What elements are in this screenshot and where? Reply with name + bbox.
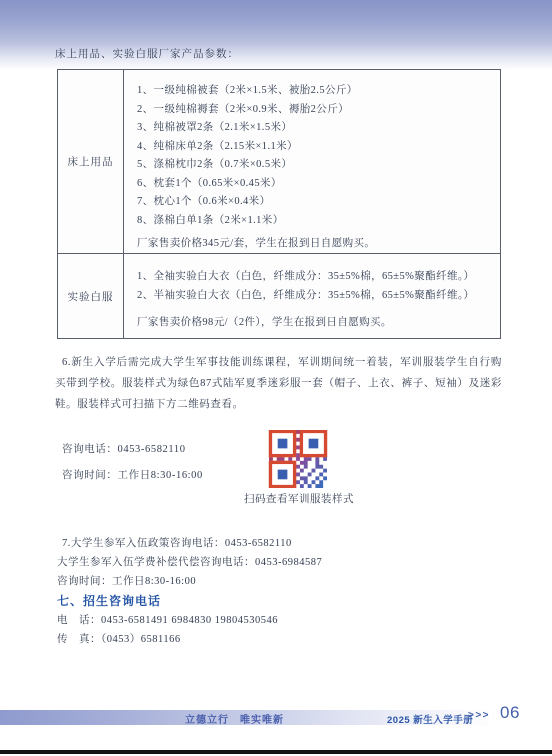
qr-finder-top-right — [301, 431, 325, 455]
table-caption: 床上用品、实验白服厂家产品参数： — [55, 46, 239, 61]
table-row-bedding: 床上用品 1、一级纯棉被套（2米×1.5米、被胎2.5公斤） 2、一级纯棉褥套（… — [58, 70, 500, 254]
product-item: 2、一级纯棉褥套（2米×0.9米、褥胎2公斤） — [137, 101, 494, 120]
product-item: 8、涤棉白单1条（2米×1.1米） — [137, 212, 494, 231]
products-table: 床上用品 1、一级纯棉被套（2米×1.5米、被胎2.5公斤） 2、一级纯棉褥套（… — [57, 69, 501, 339]
enlistment-time-line: 咨询时间：工作日8:30-16:00 — [57, 572, 322, 591]
product-item: 2、半袖实验白大衣（白色，纤维成分：35±5%棉，65±5%聚酯纤维。） — [137, 286, 494, 305]
military-training-paragraph: 6.新生入学后需完成大学生军事技能训练课程，军训期间统一着装，军训服装学生自行购… — [55, 352, 502, 415]
qr-finder-bottom-left — [270, 462, 294, 486]
consult-phone-line: 咨询电话：0453-6582110 — [62, 440, 203, 460]
table-row-labcoat: 实验白服 1、全袖实验白大衣（白色，纤维成分：35±5%棉，65±5%聚酯纤维。… — [58, 254, 500, 338]
product-item: 1、一级纯棉被套（2米×1.5米、被胎2.5公斤） — [137, 82, 494, 101]
footer-motto: 立德立行 唯实唯新 — [185, 711, 284, 726]
qr-code — [267, 430, 329, 488]
price-note-bedding: 厂家售卖价格345元/套，学生在报到日自愿购买。 — [137, 235, 494, 254]
page-number: 06 — [500, 703, 520, 723]
admission-phone-line: 电 话：0453-6581491 6984830 19804530546 — [57, 612, 278, 627]
consult-time-line: 咨询时间：工作日8:30-16:00 — [62, 466, 203, 486]
product-item: 3、纯棉被罩2条（2.1米×1.5米） — [137, 119, 494, 138]
qr-code-graphic — [267, 430, 329, 488]
labcoat-items: 1、全袖实验白大衣（白色，纤维成分：35±5%棉，65±5%聚酯纤维。） 2、半… — [124, 254, 500, 338]
price-note-labcoat: 厂家售卖价格98元/（2件），学生在报到日自愿购买。 — [137, 313, 494, 332]
enlistment-tuition-line: 大学生参军入伍学费补偿代偿咨询电话：0453-6984587 — [57, 553, 322, 572]
row-label-bedding: 床上用品 — [58, 70, 124, 253]
qr-caption: 扫码查看军训服装样式 — [238, 491, 360, 506]
qr-finder-top-left — [270, 431, 294, 455]
scan-edge-strip — [0, 750, 552, 754]
product-item: 7、枕心1个（0.6米×0.4米） — [137, 193, 494, 212]
row-label-labcoat: 实验白服 — [58, 254, 124, 338]
footer-handbook-title: 2025 新生入学手册 — [387, 712, 473, 726]
footer-arrows-icon: >>> — [468, 710, 490, 721]
product-item: 6、枕套1个（0.65米×0.45米） — [137, 175, 494, 194]
handbook-page: 床上用品、实验白服厂家产品参数： 床上用品 1、一级纯棉被套（2米×1.5米、被… — [0, 0, 552, 756]
product-item: 4、纯棉床单2条（2.15米×1.1米） — [137, 138, 494, 157]
bedding-items: 1、一级纯棉被套（2米×1.5米、被胎2.5公斤） 2、一级纯棉褥套（2米×0.… — [124, 70, 500, 253]
product-item: 5、涤棉枕巾2条（0.7米×0.5米） — [137, 156, 494, 175]
product-item: 1、全袖实验白大衣（白色，纤维成分：35±5%棉，65±5%聚酯纤维。） — [137, 267, 494, 286]
admission-heading: 七、招生咨询电话 — [57, 592, 161, 609]
military-contact-block: 咨询电话：0453-6582110 咨询时间：工作日8:30-16:00 — [62, 440, 203, 486]
admission-fax-line: 传 真：（0453）6581166 — [57, 631, 181, 646]
enlistment-policy-line: 7.大学生参军入伍政策咨询电话：0453-6582110 — [57, 534, 322, 553]
enlistment-block: 7.大学生参军入伍政策咨询电话：0453-6582110 大学生参军入伍学费补偿… — [57, 534, 322, 591]
